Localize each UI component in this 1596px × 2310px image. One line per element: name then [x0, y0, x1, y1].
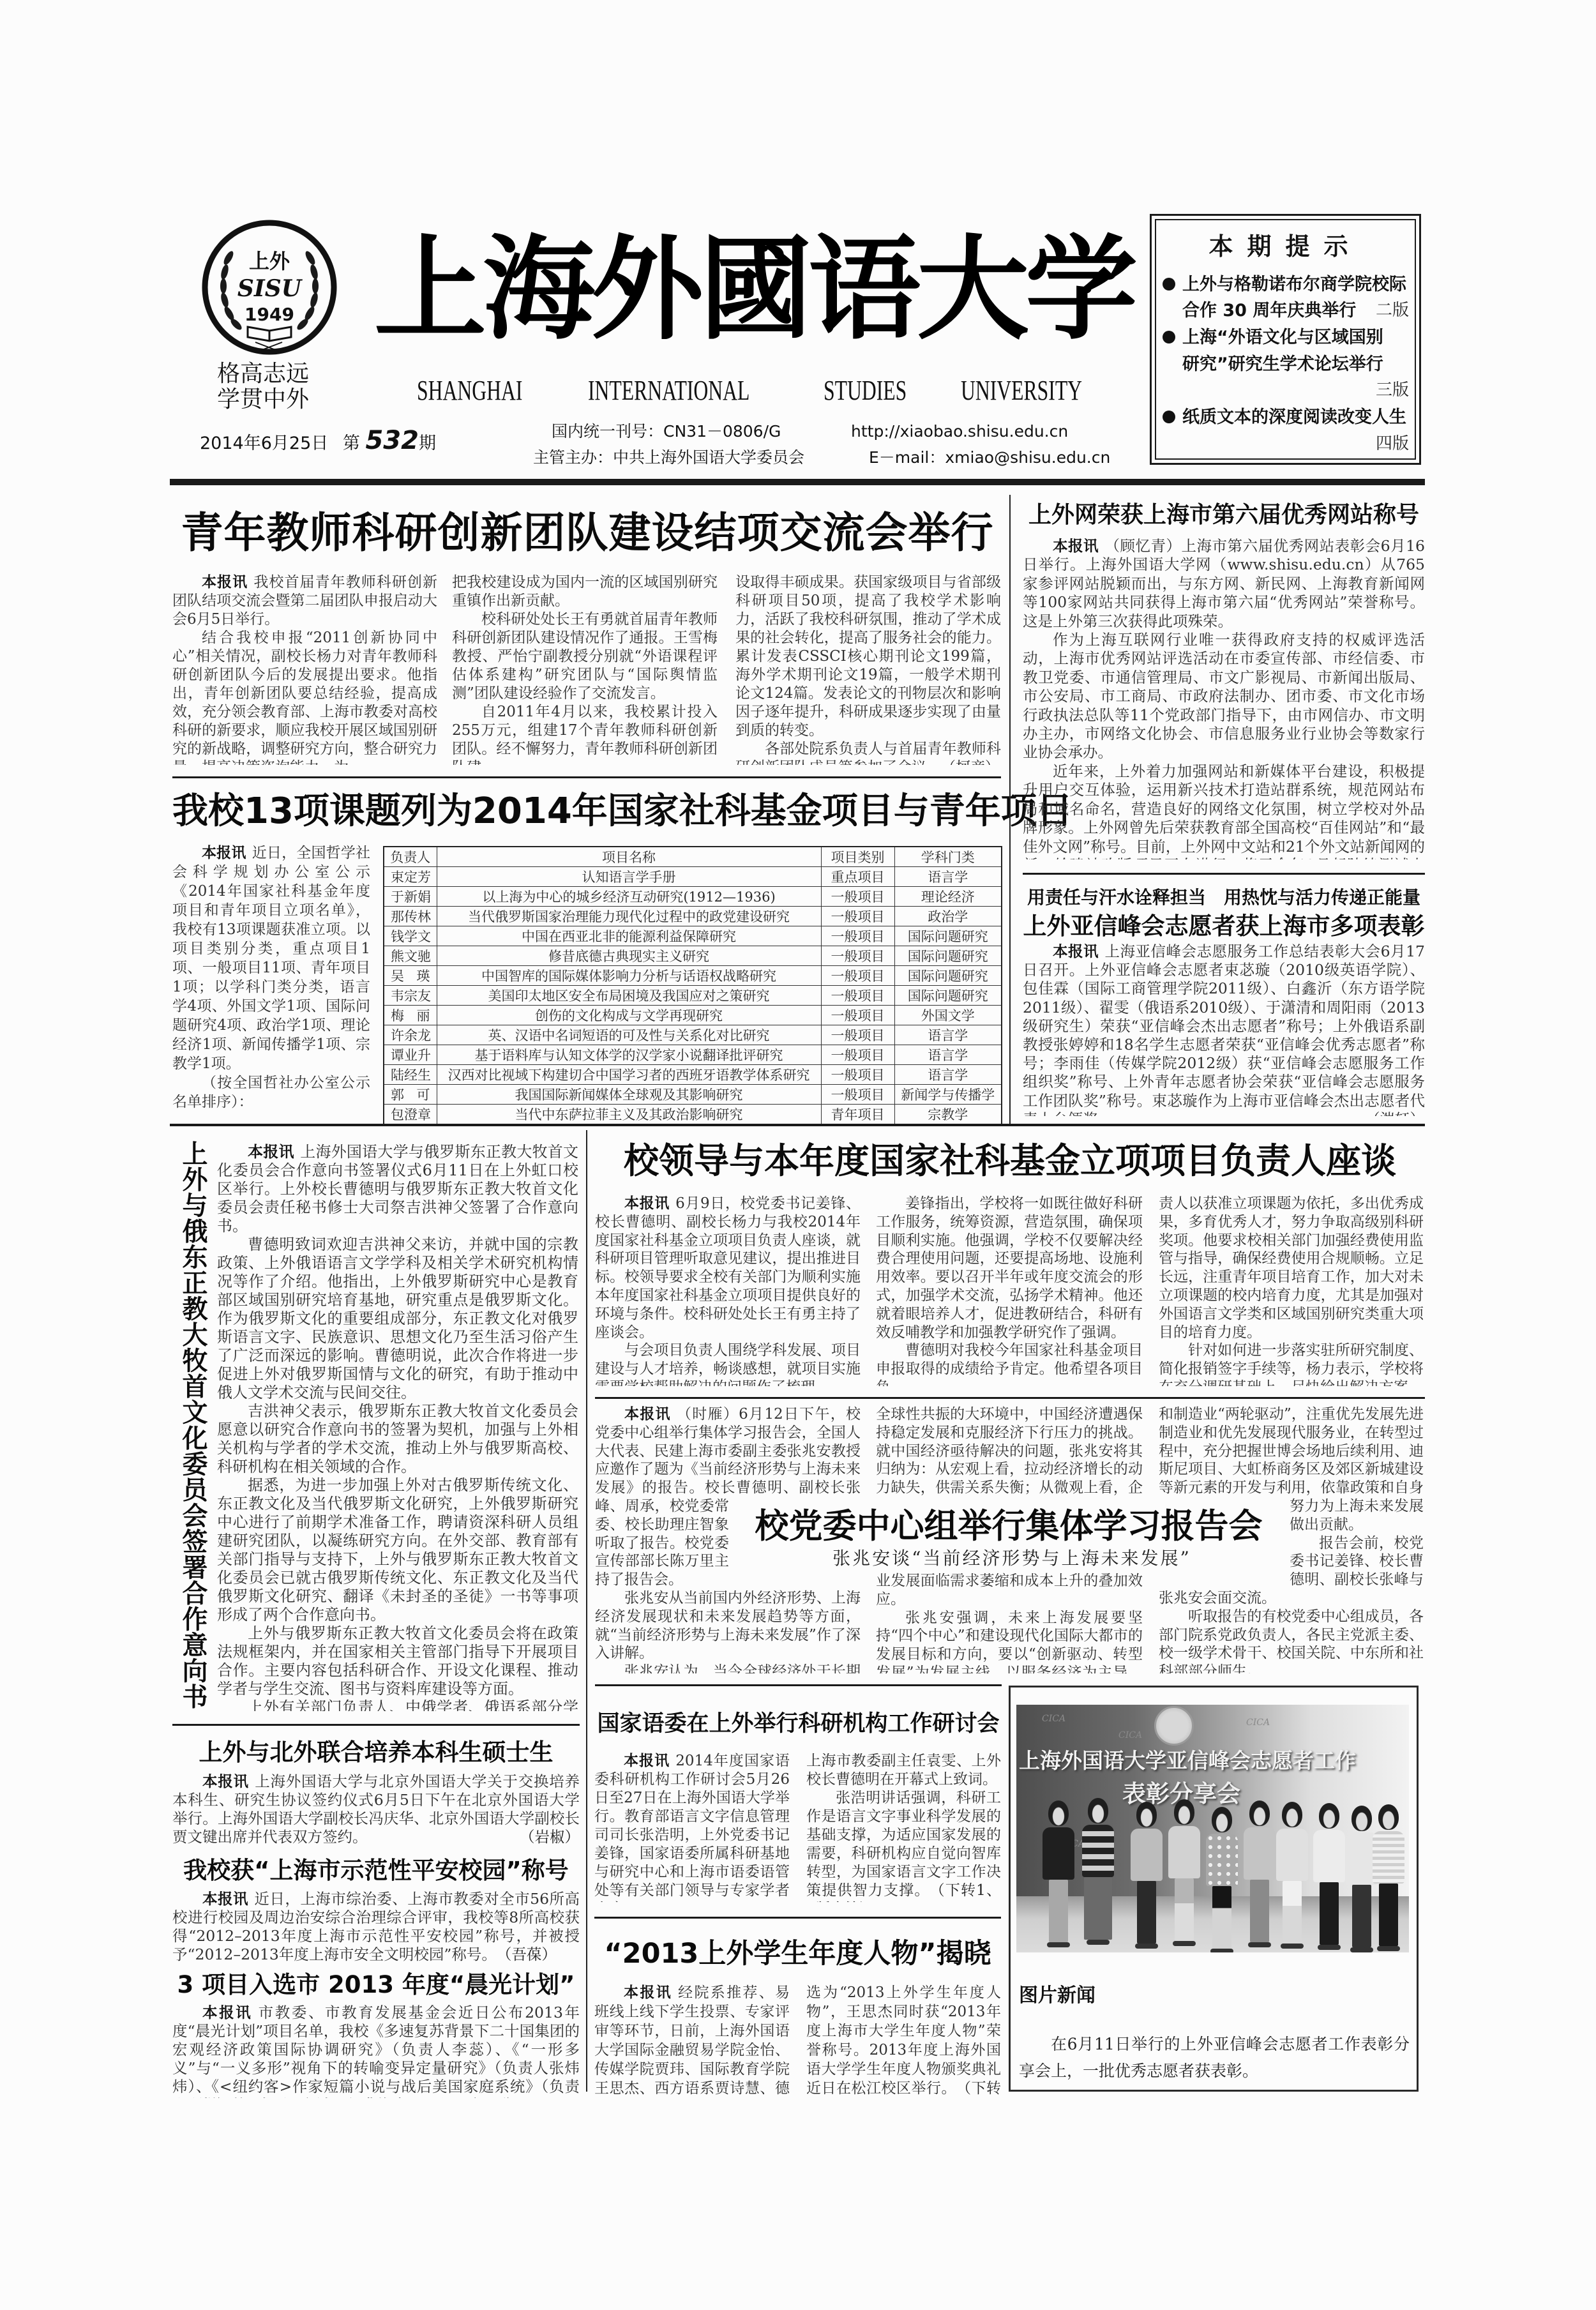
cell-project: 美国印太地区安全布局困境及我国应对之策研究 — [437, 986, 821, 1006]
paragraph: 责人以获准立项课题为依托，多出优秀成果，多育优秀人才，努力争取高级别科研奖项。他… — [1159, 1195, 1424, 1341]
person-figure — [1313, 1803, 1346, 1951]
cell-discipline: 语言学 — [894, 1025, 1002, 1045]
column-header: 项目类别 — [821, 847, 894, 867]
section-rule — [1023, 873, 1425, 875]
photo-news-box: CICA CICA CICA CICA 上海外国语大学亚信峰会志愿者工作 表彰分… — [1009, 1686, 1419, 2092]
byline: （柯彦） — [949, 759, 1000, 765]
photo-watermark: CICA — [1118, 1730, 1142, 1740]
table-row: 束定芳认知语言学手册重点项目语言学 — [384, 867, 1002, 887]
website-url: http://xiaobao.shisu.edu.cn — [851, 423, 1068, 441]
paragraph: 据悉，为进一步加强上外对古俄罗斯传统文化、东正教文化及当代俄罗斯文化研究，上外俄… — [217, 1476, 578, 1624]
article-column: 本报讯上海外国语大学与北京外国语大学关于交换培养本科生、研究生协议签约仪式6月5… — [172, 1772, 580, 1848]
highlight-item-line: 上外与格勒诺布尔商学院校际 — [1182, 271, 1406, 298]
cell-project: 当代俄罗斯国家治理能力现代化过程中的政党建设研究 — [437, 907, 821, 926]
dateline-label: 本报讯 — [202, 2004, 252, 2021]
logo-year-text: 1949 — [245, 304, 294, 325]
paragraph: 姜锋指出，学校将一如既往做好科研工作服务，统筹资源，营造氛围，确保项目顺利实施。… — [876, 1195, 1143, 1341]
cell-project: 当代中东萨拉菲主义及其政治影响研究 — [437, 1105, 821, 1125]
article-column: 本报讯6月9日，校党委书记姜锋、校长曹德明、副校长杨力与我校2014年度国家社科… — [595, 1195, 861, 1386]
column-header: 负责人 — [384, 847, 437, 867]
column-divider — [586, 1130, 587, 2092]
paragraph: 设取得丰硕成果。获国家级项目与省部级科研项目50项，提高了我校学术影响力，活跃了… — [735, 573, 1001, 740]
section-rule — [170, 1124, 1425, 1126]
cell-discipline: 新闻学与传播学 — [894, 1085, 1002, 1105]
highlight-item-line: 研究”研究生学术论坛举行 — [1182, 351, 1383, 377]
article-column: 本报讯近日，上海市综治委、上海市教委对全市56所高校进行校园及周边治安综合治理综… — [172, 1890, 580, 1965]
bullet-icon — [1163, 278, 1175, 291]
cell-leader: 束定芳 — [384, 867, 437, 887]
article-column: 本报讯2014年度国家语委科研机构工作研讨会5月26日至27日在上海外国语大学举… — [594, 1752, 790, 1902]
logo-top-text: 上外 — [249, 249, 290, 273]
cell-leader: 钱学文 — [384, 926, 437, 946]
cell-leader: 谭业升 — [384, 1045, 437, 1065]
article-column: 选为“2013上外学生年度人物”，王思杰同时获“2013年度上海市大学生年度人物… — [806, 1983, 1001, 2097]
section-rule — [595, 1397, 1425, 1399]
person-figure — [1081, 1798, 1115, 1946]
table-header-row: 负责人 项目名称 项目类别 学科门类 — [384, 847, 1002, 867]
table-row: 熊文驰修昔底德古典现实主义研究一般项目国际问题研究 — [384, 946, 1002, 966]
cell-discipline: 语言学 — [894, 867, 1002, 887]
dateline-label: 本报讯 — [624, 1195, 670, 1212]
table-row: 谭业升基于语料库与认知文体学的汉学家小说翻译批评研究一般项目语言学 — [384, 1045, 1002, 1065]
issue-date-line: 2014年6月25日 第 532期 — [200, 429, 436, 455]
dateline-label: 本报讯 — [202, 845, 246, 861]
headline-safe-campus: 我校获“上海市示范性平安校园”称号 — [172, 1856, 580, 1885]
dateline-label: 本报讯 — [624, 1406, 671, 1423]
projects-table: 负责人 项目名称 项目类别 学科门类 束定芳认知语言学手册重点项目语言学 于新娟… — [383, 846, 1002, 1125]
article-column: 设取得丰硕成果。获国家级项目与省部级科研项目50项，提高了我校学术影响力，活跃了… — [735, 573, 1001, 765]
dateline-label: 本报讯 — [202, 1890, 248, 1908]
photo-volunteer-ceremony: CICA CICA CICA CICA 上海外国语大学亚信峰会志愿者工作 表彰分… — [1016, 1705, 1409, 1952]
paragraph: 张兆安强调，未来上海发展要坚持“四个中心”和建设现代化国际大都市的发展目标和方向… — [876, 1609, 1143, 1673]
cell-category: 一般项目 — [821, 1006, 894, 1025]
dateline-label: 本报讯 — [202, 574, 248, 591]
article-column: 本报讯上海亚信峰会志愿服务工作总结表彰大会6月17日召开。上外亚信峰会志愿者束苾… — [1023, 942, 1425, 1116]
paragraph: 结合我校申报“2011创新协同中心”相关情况，副校长杨力对青年教师科研创新团队今… — [172, 629, 437, 765]
person-figure — [1276, 1802, 1309, 1950]
paragraph-text: 2014年度国家语委科研机构工作研讨会5月26日至27日在上海外国语大学举行。教… — [594, 1753, 790, 1902]
title-en-word: INTERNATIONAL — [588, 377, 749, 405]
dateline-label: 本报讯 — [624, 1984, 672, 2001]
cell-category: 一般项目 — [821, 966, 894, 986]
publication-number: 国内统一刊号：CN31－0806/G — [552, 423, 781, 441]
headline-nssf-projects: 我校13项课题列为2014年国家社科基金项目与青年项目 — [172, 790, 1002, 833]
table-row: 陆经生汉西对比视域下构建切合中国学习者的西班牙语教学体系研究一般项目语言学 — [384, 1065, 1002, 1085]
cell-discipline: 国际问题研究 — [894, 926, 1002, 946]
paragraph: 校科研处处长王有勇就首届青年教师科研创新团队建设情况作了通报。王雪梅教授、严怡宁… — [452, 610, 718, 703]
headline-leaders-meeting: 校领导与本年度国家社科基金立项项目负责人座谈 — [595, 1140, 1425, 1181]
motto-line: 学贯中外 — [217, 387, 309, 412]
paragraph: 近年来，上外着力加强网站和新媒体平台建设，积极提升用户交互体验，运用新兴技术打造… — [1023, 762, 1425, 859]
cell-leader: 陆经生 — [384, 1065, 437, 1085]
email-address: E－mail：xmiao@shisu.edu.cn — [869, 449, 1110, 467]
paragraph-text: 针对如何进一步落实驻所研究制度、简化报销签字手续等，杨力表示，学校将在充分调研基… — [1159, 1342, 1424, 1386]
cell-category: 一般项目 — [821, 1085, 894, 1105]
cell-leader: 郭可 — [384, 1085, 437, 1105]
cell-leader: 许余龙 — [384, 1025, 437, 1045]
cell-category: 一般项目 — [821, 1065, 894, 1085]
cell-discipline: 理论经济 — [894, 887, 1002, 907]
cell-leader: 包澄章 — [384, 1105, 437, 1125]
cell-category: 一般项目 — [821, 1045, 894, 1065]
cell-discipline: 宗教学 — [894, 1105, 1002, 1125]
table-row: 许余龙英、汉语中名词短语的可及性与关系化对比研究一般项目语言学 — [384, 1025, 1002, 1045]
photo-caption: 在6月11日举行的上外亚信峰会志愿者工作表彰分享会上，一批优秀志愿者获表彰。 — [1019, 2031, 1410, 2085]
title-en-word: SHANGHAI — [417, 377, 522, 405]
paragraph: （按全国哲社办公室公示名单排序）： — [172, 1073, 370, 1112]
masthead-rule — [170, 479, 1425, 485]
cell-project: 汉西对比视域下构建切合中国学习者的西班牙语教学体系研究 — [437, 1065, 821, 1085]
article-column: 责人以获准立项课题为依托，多出优秀成果，多育优秀人才，努力争取高级别科研奖项。他… — [1159, 1195, 1424, 1386]
section-rule — [595, 1684, 1002, 1686]
cell-leader: 韦宗友 — [384, 986, 437, 1006]
bullet-icon — [1163, 411, 1175, 423]
headline-student-figures: “2013上外学生年度人物”揭晓 — [594, 1936, 1001, 1972]
sponsor-line: 主管主办：中共上海外国语大学委员会 — [533, 449, 804, 467]
cell-category: 一般项目 — [821, 907, 894, 926]
paragraph: 把我校建设成为国内一流的区域国别研究重镇作出新贡献。 — [452, 573, 718, 610]
photo-banner-line: 上海外国语大学亚信峰会志愿者工作 — [1019, 1748, 1356, 1774]
cell-category: 一般项目 — [821, 946, 894, 966]
photo-news-label: 图片新闻 — [1019, 1984, 1095, 2007]
newspaper-title: 上海外國语大学 — [374, 221, 1140, 358]
table-row: 那传林当代俄罗斯国家治理能力现代化过程中的政党建设研究一般项目政治学 — [384, 907, 1002, 926]
paragraph-text: 上海亚信峰会志愿服务工作总结表彰大会6月17日召开。上外亚信峰会志愿者束苾璇（2… — [1023, 942, 1425, 1116]
table-row: 梅丽创伤的文化构成与文学再现研究一般项目外国文学 — [384, 1006, 1002, 1025]
paragraph: 自2011年4月以来，我校累计投入255万元，组建17个青年教师科研创新团队。经… — [452, 703, 718, 765]
column-header: 项目名称 — [437, 847, 821, 867]
table-row: 钱学文中国在西亚北非的能源利益保障研究一般项目国际问题研究 — [384, 926, 1002, 946]
kicker-volunteers: 用责任与汗水诠释担当 用热忱与活力传递正能量 — [1023, 887, 1425, 909]
column-divider — [1009, 495, 1011, 1124]
cell-category: 青年项目 — [821, 1105, 894, 1125]
cell-discipline: 语言学 — [894, 1045, 1002, 1065]
vertical-headline-russian-orthodox: 上外与俄东正教大牧首文化委员会签署合作意向书 — [175, 1140, 211, 1710]
paragraph: 听取报告的有校党委中心组成员，各部门院系党政负责人，各民主党派主委、校一级学术骨… — [1159, 1608, 1424, 1673]
article-column: 本报讯（顾忆青）上海市第六届优秀网站表彰会6月16日举行。上海外国语大学网（ww… — [1023, 537, 1425, 859]
article-column: 上海市教委副主任袁雯、上外校长曹德明在开幕式上致词。 张浩明讲话强调，科研工作是… — [806, 1752, 1001, 1902]
person-figure — [1205, 1807, 1238, 1952]
paragraph: 曹德明对我校今年国家社科基金项目申报取得的成绩给予肯定。他希望各项目负 — [876, 1341, 1143, 1386]
highlight-page-ref: 四版 — [1376, 431, 1409, 457]
highlight-page-ref: 二版 — [1376, 298, 1409, 324]
article-column: 把我校建设成为国内一流的区域国别研究重镇作出新贡献。 校科研处处长王有勇就首届青… — [452, 573, 718, 765]
cell-leader: 于新娟 — [384, 887, 437, 907]
person-figure — [1042, 1800, 1075, 1949]
paragraph: 吉洪神父表示，俄罗斯东正教大牧首文化委员会愿意以研究合作意向书的签署为契机，加强… — [217, 1402, 578, 1476]
title-en-word: UNIVERSITY — [961, 377, 1082, 405]
highlight-page-ref: 三版 — [1376, 377, 1409, 404]
headline-joint-training: 上外与北外联合培养本科生硕士生 — [172, 1738, 580, 1767]
issue-number: 532 — [365, 426, 419, 455]
section-rule — [594, 1917, 1001, 1919]
cell-project: 中国在西亚北非的能源利益保障研究 — [437, 926, 821, 946]
cell-project: 修昔底德古典现实主义研究 — [437, 946, 821, 966]
section-rule — [172, 1724, 580, 1726]
paragraph-text: 经院系推荐、易班线上线下学生投票、专家评审等环节，日前，上海外国语大学国际金融贸… — [594, 1984, 790, 2097]
photo-watermark: CICA — [1042, 1714, 1065, 1724]
paragraph-text: 6月9日，校党委书记姜锋、校长曹德明、副校长杨力与我校2014年度国家社科基金立… — [595, 1195, 861, 1341]
person-figure — [1372, 1804, 1405, 1952]
person-figure — [1243, 1800, 1276, 1949]
cell-project: 认知语言学手册 — [437, 867, 821, 887]
logo-sisu-text: SISU — [237, 275, 303, 302]
article-column: 本报讯经院系推荐、易班线上线下学生投票、专家评审等环节，日前，上海外国语大学国际… — [594, 1983, 790, 2097]
paragraph: 作为上海互联网行业唯一获得政府支持的权威评选活动，上海市优秀网站评选活动在市委宣… — [1023, 631, 1425, 762]
issue-suffix: 期 — [419, 434, 436, 453]
cell-project: 基于语料库与认知文体学的汉学家小说翻译批评研究 — [437, 1045, 821, 1065]
photo-seal-icon — [1154, 1706, 1194, 1746]
cell-category: 一般项目 — [821, 1025, 894, 1045]
dateline-label: 本报讯 — [1053, 942, 1099, 960]
cell-discipline: 政治学 — [894, 907, 1002, 926]
article-column: 姜锋指出，学校将一如既往做好科研工作服务，统筹资源，营造氛围，确保项目顺利实施。… — [876, 1195, 1143, 1386]
table-row: 于新娟以上海为中心的城乡经济互动研究(1912—1936)一般项目理论经济 — [384, 887, 1002, 907]
headline-research-teams: 青年教师科研创新团队建设结项交流会举行 — [172, 508, 1002, 558]
motto-line: 格高志远 — [217, 361, 309, 387]
cell-leader: 吴瑛 — [384, 966, 437, 986]
cell-project: 我国国际新闻媒体全球观及其影响研究 — [437, 1085, 821, 1105]
cell-discipline: 国际问题研究 — [894, 986, 1002, 1006]
cell-discipline: 国际问题研究 — [894, 966, 1002, 986]
cell-category: 一般项目 — [821, 887, 894, 907]
paragraph: 张兆安从当前国内外经济形势、上海经济发展现状和未来发展趋势等方面，就“当前经济形… — [595, 1589, 861, 1663]
dateline-label: 本报讯 — [248, 1143, 294, 1161]
subhead-party-study: 张兆安谈“当前经济形势与上海未来发展” — [830, 1548, 1194, 1569]
headline-website-award: 上外网荣获上海市第六届优秀网站称号 — [1023, 501, 1425, 530]
cell-leader: 熊文驰 — [384, 946, 437, 966]
title-en-word: STUDIES — [824, 377, 907, 405]
dateline-label: 本报讯 — [624, 1753, 670, 1769]
headline-volunteers: 上外亚信峰会志愿者获上海市多项表彰 — [1023, 912, 1425, 941]
byline: （吾葆） — [504, 1945, 557, 1963]
issue-date: 2014年6月25日 — [200, 434, 328, 453]
byline: （珂严） — [469, 2096, 522, 2098]
article-column: 本报讯上海外国语大学与俄罗斯东正教大牧首文化委员会合作意向书签署仪式6月11日在… — [217, 1143, 578, 1711]
bullet-icon — [1163, 331, 1175, 343]
article-column: 本报讯市教委、市教育发展基金会近日公布2013年度“晨光计划”项目名单，我校《多… — [172, 2004, 580, 2098]
cell-discipline: 国际问题研究 — [894, 946, 1002, 966]
highlights-box: 本期提示 上外与格勒诺布尔商学院校际 合作 30 周年庆典举行 二版 上海“外语… — [1150, 214, 1421, 465]
section-rule — [172, 776, 1001, 778]
cell-leader: 梅丽 — [384, 1006, 437, 1025]
dateline-label: 本报讯 — [202, 1772, 249, 1790]
paragraph-text: 近日，全国哲学社会科学规划办公室公示《2014年国家社科基金年度项目和青年项目立… — [172, 845, 370, 1072]
university-seal-logo: 上外 SISU 1949 — [200, 218, 338, 356]
headline-party-study: 校党委中心组举行集体学习报告会 — [747, 1507, 1270, 1546]
cell-project: 创伤的文化构成与文学再现研究 — [437, 1006, 821, 1025]
paragraph: 张兆安认为，当今全球经济处于长期低迷，拉动世界经济增长的动力不足，在 — [595, 1663, 861, 1673]
cell-project: 英、汉语中名词短语的可及性与关系化对比研究 — [437, 1025, 821, 1045]
issue-prefix: 第 — [343, 434, 360, 453]
highlight-item-line: 纸质文本的深度阅读改变人生 — [1182, 404, 1406, 430]
byline: （湍轩） — [1335, 1110, 1425, 1116]
table-row: 韦宗友美国印太地区安全布局困境及我国应对之策研究一般项目国际问题研究 — [384, 986, 1002, 1006]
headline-morning-light: 3 项目入选市 2013 年度“晨光计划” — [172, 1970, 580, 2000]
paragraph-text: 上外有关部门负责人、中俄学者、俄语系部分学生出席了仪式。 — [217, 1698, 578, 1711]
highlights-title: 本期提示 — [1152, 232, 1419, 260]
cell-leader: 那传林 — [384, 907, 437, 926]
article-column: 本报讯我校首届青年教师科研创新团队结项交流会暨第二届团队申报启动大会6月5日举行… — [172, 573, 437, 765]
motto: 格高志远 学贯中外 — [217, 361, 309, 412]
cell-project: 中国智库的国际媒体影响力分析与话语权战略研究 — [437, 966, 821, 986]
cell-category: 一般项目 — [821, 986, 894, 1006]
headline-language-commission: 国家语委在上外举行科研机构工作研讨会 — [595, 1705, 1002, 1743]
cell-category: 重点项目 — [821, 867, 894, 887]
cell-category: 一般项目 — [821, 926, 894, 946]
paragraph: 上海市教委副主任袁雯、上外校长曹德明在开幕式上致词。 — [806, 1752, 1001, 1789]
highlight-item-line: 上海“外语文化与区域国别 — [1182, 324, 1383, 351]
photo-watermark: CICA — [1246, 1717, 1270, 1728]
table-row: 吴瑛中国智库的国际媒体影响力分析与话语权战略研究一般项目国际问题研究 — [384, 966, 1002, 986]
column-header: 学科门类 — [894, 847, 1002, 867]
cell-discipline: 外国文学 — [894, 1006, 1002, 1025]
byline: （岩椒） — [490, 1828, 580, 1846]
paragraph: 曹德明致词欢迎吉洪神父来访，并就中国的宗教政策、上外俄语语言文学学科及相关学术研… — [217, 1235, 578, 1402]
table-row: 包澄章当代中东萨拉菲主义及其政治影响研究青年项目宗教学 — [384, 1105, 1002, 1125]
person-figure — [1130, 1802, 1163, 1950]
cell-project: 以上海为中心的城乡经济互动研究(1912—1936) — [437, 887, 821, 907]
dateline-label: 本报讯 — [1053, 537, 1099, 555]
table-row: 郭可我国国际新闻媒体全球观及其影响研究一般项目新闻学与传播学 — [384, 1085, 1002, 1105]
cell-discipline: 语言学 — [894, 1065, 1002, 1085]
highlight-item-line: 合作 30 周年庆典举行 — [1182, 298, 1356, 324]
paragraph: 与会项目负责人围绕学科发展、项目建设与人才培养，畅谈感想，就项目实施需要学校帮助… — [595, 1341, 861, 1386]
paragraph: 上外与俄罗斯东正教大牧首文化委员会将在政策法规框架内，并在国家相关主管部门指导下… — [217, 1624, 578, 1698]
article-column: 本报讯近日，全国哲学社会科学规划办公室公示《2014年国家社科基金年度项目和青年… — [172, 843, 370, 1118]
person-figure — [1168, 1799, 1201, 1947]
